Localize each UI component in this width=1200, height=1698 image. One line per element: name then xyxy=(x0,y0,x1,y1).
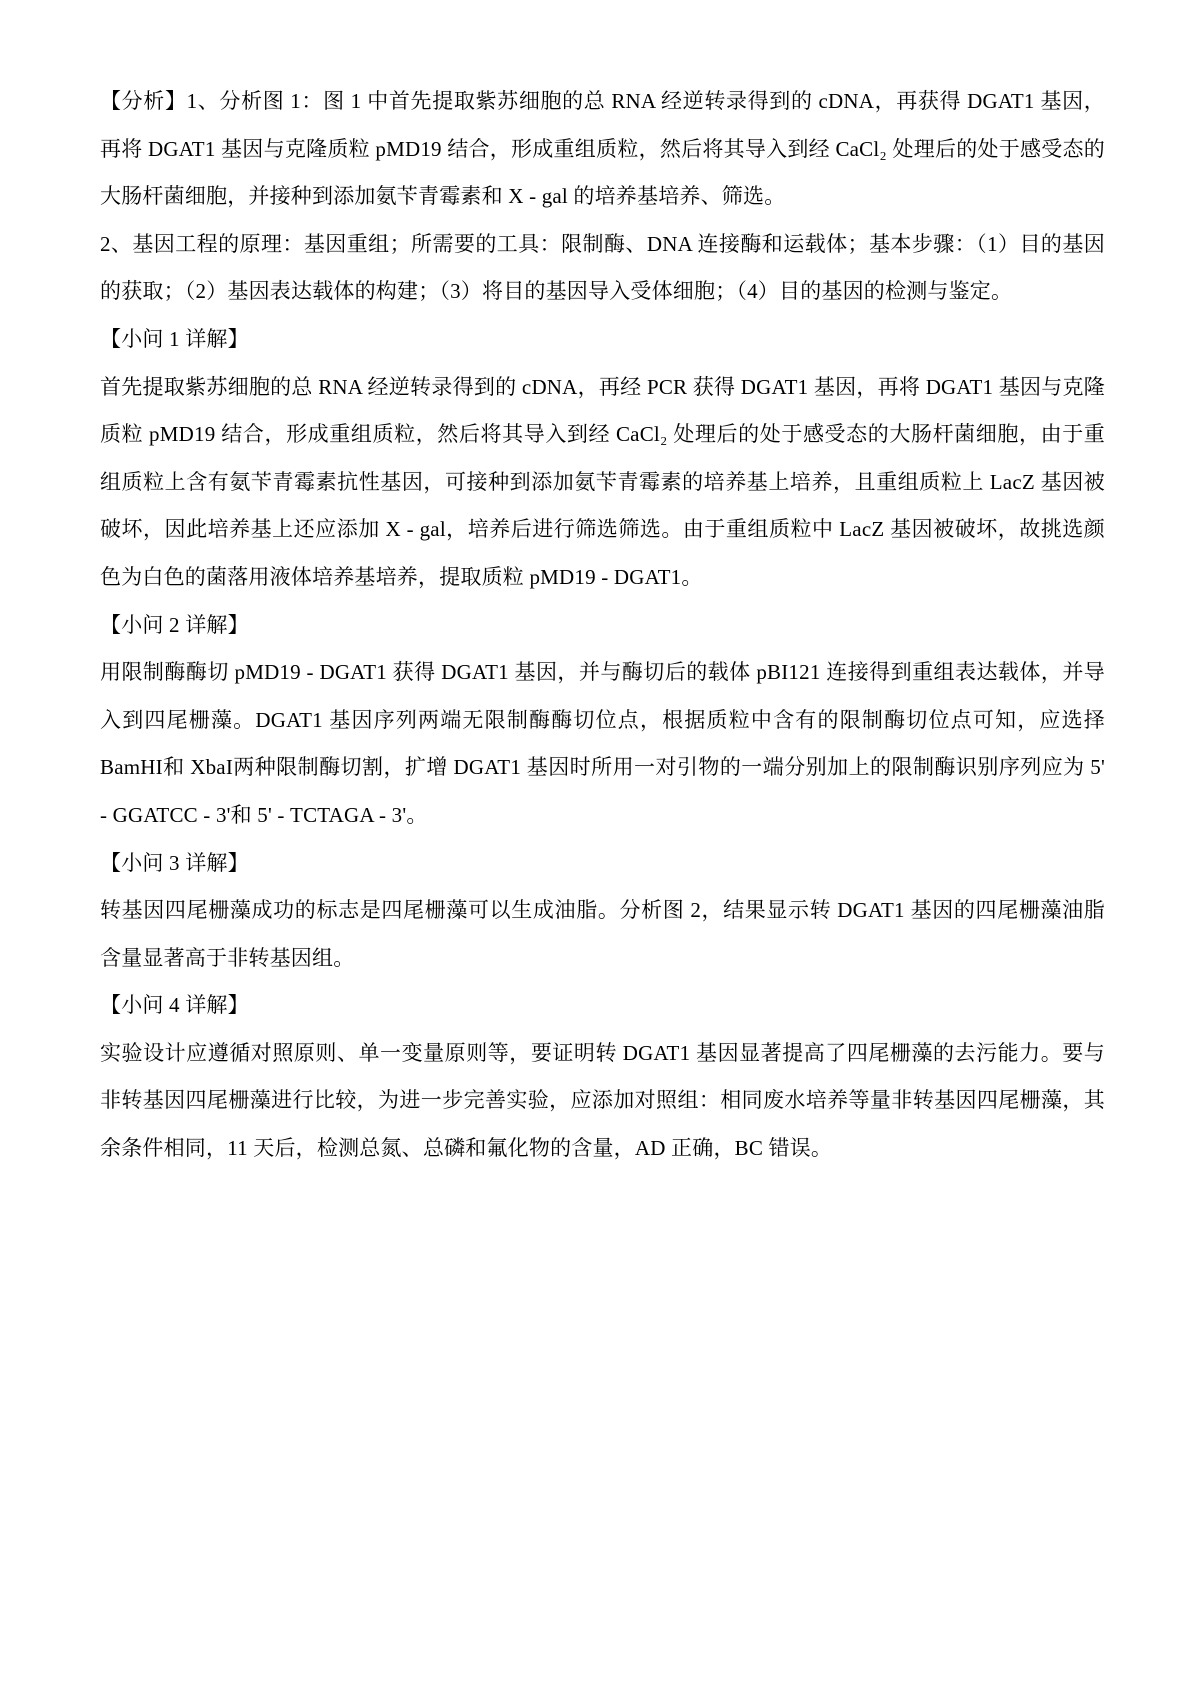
subquestion-4-body: 实验设计应遵循对照原则、单一变量原则等，要证明转 DGAT1 基因显著提高了四尾… xyxy=(100,1030,1105,1173)
subquestion-1-heading: 【小问 1 详解】 xyxy=(100,316,1105,364)
subquestion-4-heading: 【小问 4 详解】 xyxy=(100,982,1105,1030)
subquestion-3-heading: 【小问 3 详解】 xyxy=(100,840,1105,888)
subquestion-2-body: 用限制酶酶切 pMD19 - DGAT1 获得 DGAT1 基因，并与酶切后的载… xyxy=(100,649,1105,839)
analysis-paragraph-2: 2、基因工程的原理：基因重组；所需要的工具：限制酶、DNA 连接酶和运载体；基本… xyxy=(100,221,1105,316)
subquestion-3-body: 转基因四尾栅藻成功的标志是四尾栅藻可以生成油脂。分析图 2，结果显示转 DGAT… xyxy=(100,887,1105,982)
document-page: 【分析】1、分析图 1：图 1 中首先提取紫苏细胞的总 RNA 经逆转录得到的 … xyxy=(100,78,1105,1173)
analysis-paragraph-1: 【分析】1、分析图 1：图 1 中首先提取紫苏细胞的总 RNA 经逆转录得到的 … xyxy=(100,78,1105,221)
subquestion-1-body: 首先提取紫苏细胞的总 RNA 经逆转录得到的 cDNA，再经 PCR 获得 DG… xyxy=(100,364,1105,602)
subquestion-2-heading: 【小问 2 详解】 xyxy=(100,602,1105,650)
